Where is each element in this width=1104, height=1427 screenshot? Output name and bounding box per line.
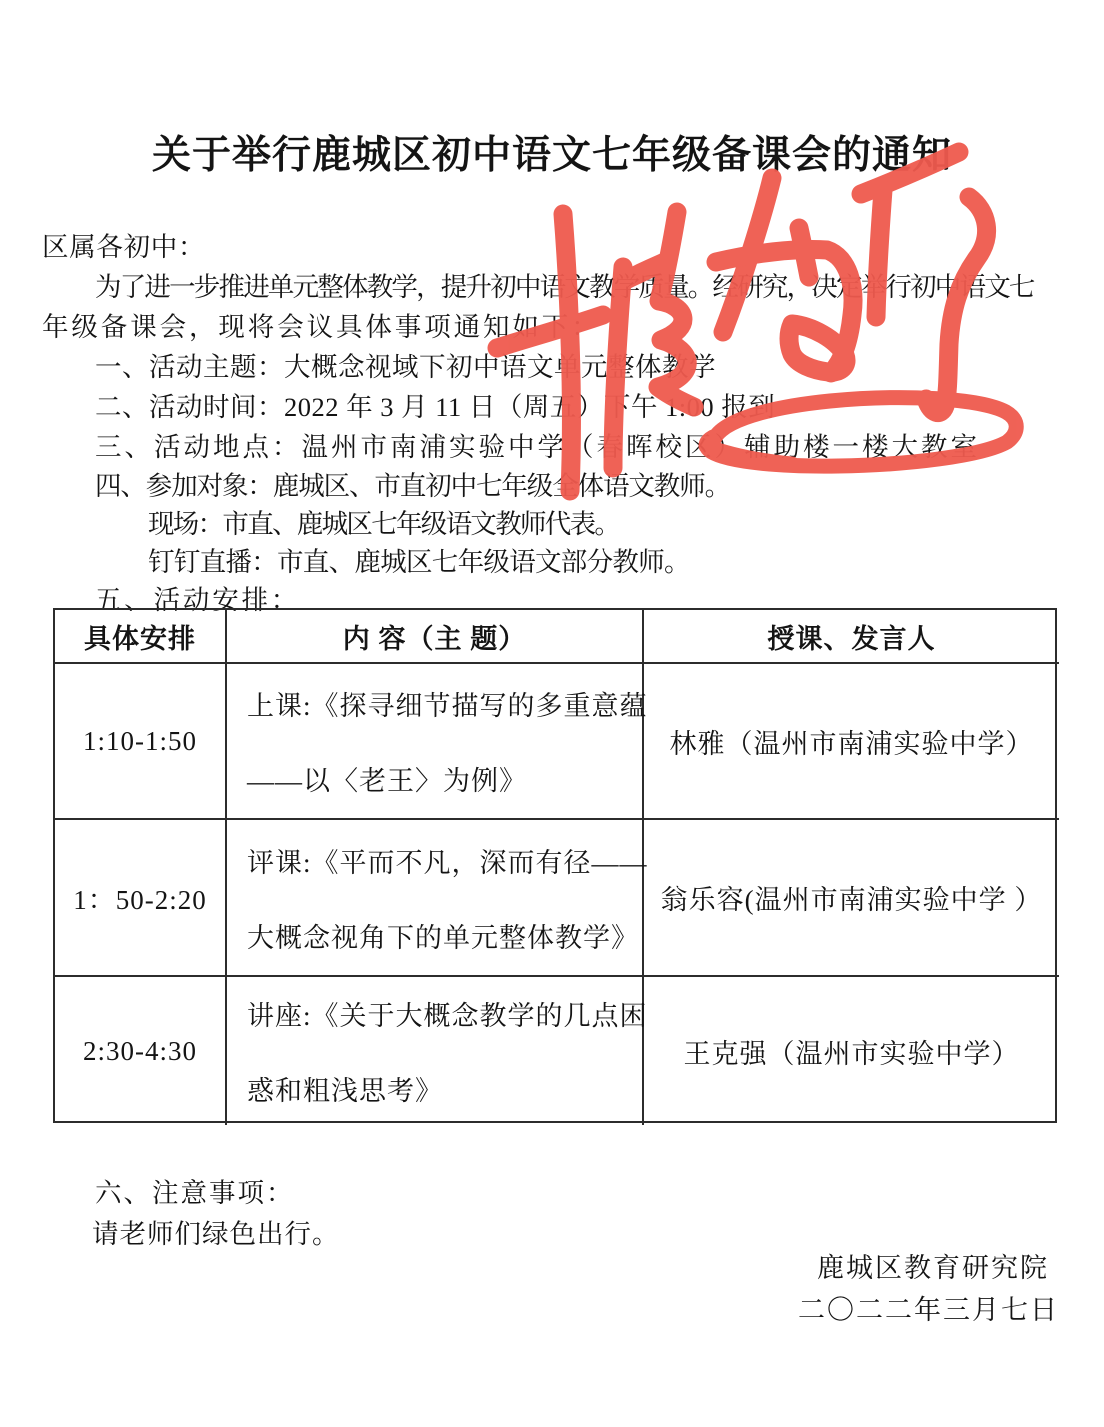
row2-content-line2: 大概念视角下的单元整体教学》 <box>247 916 639 955</box>
row1-content-cell: 上课:《探寻细节描写的多重意蕴 ——以〈老王〉为例》 <box>227 664 644 820</box>
column-header-speaker: 授课、发言人 <box>644 610 1059 664</box>
row1-content-line1: 上课:《探寻细节描写的多重意蕴 <box>247 684 648 723</box>
row2-content-cell: 评课:《平而不凡，深而有径—— 大概念视角下的单元整体教学》 <box>227 820 644 977</box>
row1-content-line2: ——以〈老王〉为例》 <box>247 759 527 798</box>
item-6-notes-heading: 六、注意事项： <box>95 1176 295 1210</box>
item-4-attendees-line: 四、参加对象：鹿城区、市直初中七年级全体语文教师。 <box>95 469 730 503</box>
row2-content-line1: 评课:《平而不凡，深而有径—— <box>247 841 648 880</box>
issuing-organization: 鹿城区教育研究院 <box>817 1246 1049 1285</box>
row3-content-cell: 讲座:《关于大概念教学的几点困 惑和粗浅思考》 <box>227 977 644 1125</box>
intro-line-2: 年级备课会，现将会议具体事项通知如下： <box>42 310 601 344</box>
row3-speaker-cell: 王克强（温州市实验中学） <box>644 977 1059 1125</box>
item-2-time-line: 二、活动时间：2022 年 3 月 11 日（周五）下午 1:00 报到 <box>95 390 775 424</box>
notice-document-page: 关于举行鹿城区初中语文七年级备课会的通知 区属各初中： 为了进一步推进单元整体教… <box>0 0 1104 1427</box>
intro-line-1: 为了进一步推进单元整体教学，提升初中语文教学质量。经研究，决定举行初中语文七 <box>95 270 1034 304</box>
column-header-content: 内 容（主 题） <box>227 610 644 664</box>
item-3-location-line: 三、活动地点：温州市南浦实验中学（春晖校区）辅助楼一楼大教室 <box>95 430 980 464</box>
issue-date: 二〇二二年三月七日 <box>798 1288 1059 1327</box>
green-travel-note: 请老师们绿色出行。 <box>92 1217 340 1251</box>
onsite-attendees-line: 现场：市直、鹿城区七年级语文教师代表。 <box>148 507 619 541</box>
row2-speaker-cell: 翁乐容(温州市南浦实验中学 ） <box>644 820 1059 977</box>
column-header-time: 具体安排 <box>55 610 227 664</box>
row3-content-line1: 讲座:《关于大概念教学的几点困 <box>247 994 648 1033</box>
schedule-table: 具体安排 内 容（主 题） 授课、发言人 1:10-1:50 上课:《探寻细节描… <box>53 608 1057 1123</box>
document-title: 关于举行鹿城区初中语文七年级备课会的通知 <box>0 124 1104 180</box>
livestream-line: 钉钉直播：市直、鹿城区七年级语文部分教师。 <box>148 545 690 579</box>
row3-time-cell: 2:30-4:30 <box>55 977 227 1125</box>
row2-time-cell: 1：50-2:20 <box>55 820 227 977</box>
row1-time-cell: 1:10-1:50 <box>55 664 227 820</box>
item-1-theme-line: 一、活动主题：大概念视域下初中语文单元整体教学 <box>95 350 716 384</box>
row3-content-line2: 惑和粗浅思考》 <box>247 1069 443 1108</box>
salutation-line: 区属各初中： <box>42 230 205 264</box>
row1-speaker-cell: 林雅（温州市南浦实验中学） <box>644 664 1059 820</box>
